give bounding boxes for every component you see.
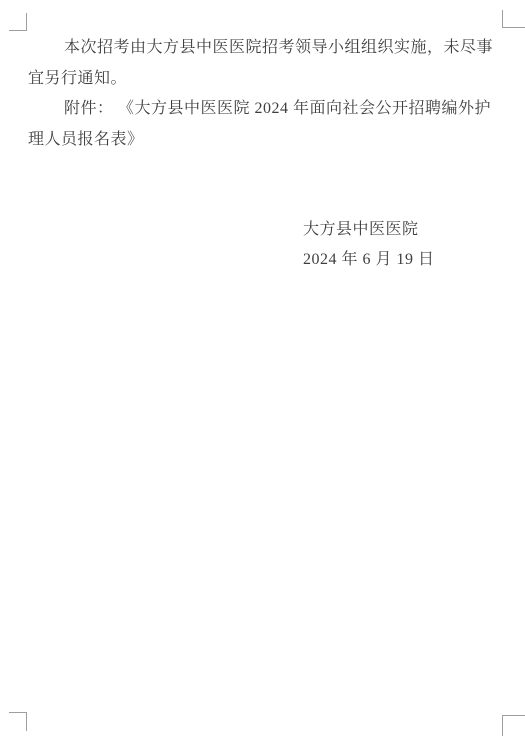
- crop-mark-top-left-icon: [9, 13, 27, 31]
- document-body: 本次招考由大方县中医医院招考领导小组组织实施，未尽事 宜另行通知。 附件： 《大…: [28, 33, 497, 155]
- notice-paragraph-line-1: 本次招考由大方县中医医院招考领导小组组织实施，未尽事: [28, 33, 497, 64]
- signature-organization: 大方县中医医院: [303, 215, 435, 245]
- attachment-paragraph-line-1: 附件： 《大方县中医医院 2024 年面向社会公开招聘编外护: [28, 94, 497, 125]
- signature-date: 2024 年 6 月 19 日: [303, 245, 435, 275]
- attachment-paragraph-line-2: 理人员报名表》: [28, 125, 497, 156]
- crop-mark-bottom-left-icon: [9, 712, 27, 731]
- crop-mark-top-right-icon: [502, 10, 525, 28]
- crop-mark-bottom-right-icon: [502, 715, 525, 736]
- notice-paragraph-line-2: 宜另行通知。: [28, 64, 497, 95]
- signature-block: 大方县中医医院 2024 年 6 月 19 日: [303, 215, 435, 274]
- document-page: 本次招考由大方县中医医院招考领导小组组织实施，未尽事 宜另行通知。 附件： 《大…: [0, 0, 525, 736]
